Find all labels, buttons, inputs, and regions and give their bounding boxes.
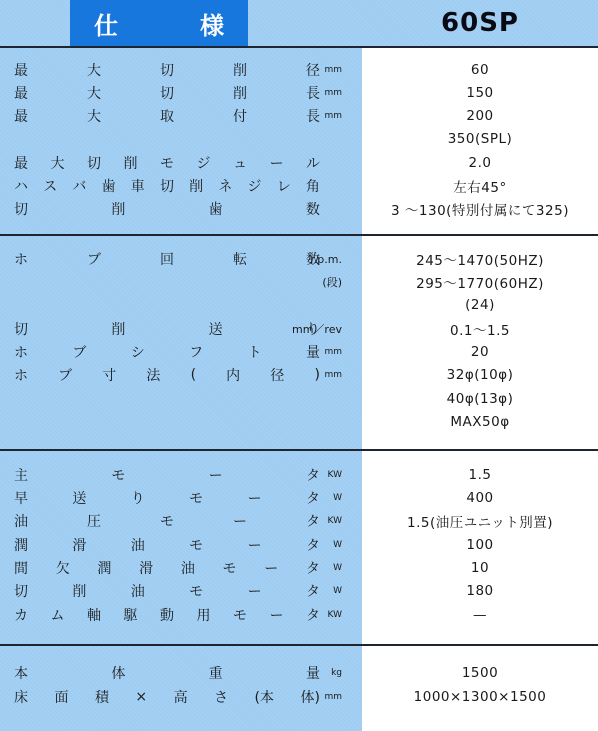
spec-label-char: ー bbox=[270, 605, 284, 625]
spec-label-char: 油 bbox=[181, 558, 195, 578]
spec-value: 2.0 bbox=[362, 152, 598, 174]
spec-label-char: 用 bbox=[197, 605, 211, 625]
spec-label: 最大切削モジュール bbox=[14, 152, 320, 174]
spec-label-char: 送 bbox=[209, 319, 223, 339]
spec-unit: mm／rev bbox=[280, 318, 342, 340]
spec-label-char: モ bbox=[189, 488, 203, 508]
spec-label-char: ー bbox=[233, 511, 247, 531]
spec-label-char: 転 bbox=[233, 249, 247, 269]
spec-label-char: モ bbox=[111, 465, 125, 485]
spec-label-char: 大 bbox=[87, 106, 101, 126]
spec-label-char: ハ bbox=[14, 176, 28, 196]
spec-label-char: タ bbox=[306, 581, 320, 601]
spec-label-char: 床 bbox=[14, 687, 28, 707]
spec-label: ホブ寸法(内径) bbox=[14, 364, 320, 386]
spec-label-char: 油 bbox=[131, 535, 145, 555]
spec-label-char: 圧 bbox=[87, 511, 101, 531]
spec-unit: W bbox=[320, 557, 342, 579]
spec-label-char: 体 bbox=[111, 663, 125, 683]
spec-unit: KW bbox=[320, 510, 342, 532]
spec-label-char: ー bbox=[248, 581, 262, 601]
spec-value: 1000×1300×1500 bbox=[362, 686, 598, 708]
spec-label-char: ー bbox=[209, 465, 223, 485]
spec-row: ハスバ歯車切削ネジレ角左右45° bbox=[0, 175, 598, 197]
spec-label: 切削油モータ bbox=[14, 580, 320, 602]
spec-unit: W bbox=[320, 487, 342, 509]
spec-label: 切削歯数 bbox=[14, 198, 320, 220]
spec-label-char: 削 bbox=[189, 176, 203, 196]
spec-label-char: 滑 bbox=[139, 558, 153, 578]
spec-label-char: 滑 bbox=[72, 535, 86, 555]
spec-label-char: ム bbox=[51, 605, 65, 625]
spec-label-char: 削 bbox=[124, 153, 138, 173]
spec-label-char: モ bbox=[160, 153, 174, 173]
spec-value: 245～1470(50HZ) bbox=[362, 248, 598, 270]
spec-table-header: 仕 様 60SP bbox=[0, 0, 598, 47]
spec-unit: (段) bbox=[300, 271, 342, 293]
spec-label-char: モ bbox=[189, 535, 203, 555]
spec-value: (24) bbox=[362, 294, 598, 316]
spec-label-char: 削 bbox=[233, 60, 247, 80]
spec-label: 本体重量 bbox=[14, 662, 320, 684]
spec-value: 200 bbox=[362, 105, 598, 127]
spec-label-char: ホ bbox=[14, 365, 28, 385]
spec-row: 早送りモータW400 bbox=[0, 487, 598, 509]
spec-value: 350(SPL) bbox=[362, 128, 598, 150]
spec-label-char: タ bbox=[306, 465, 320, 485]
spec-row: (段)295～1770(60HZ)(24) bbox=[0, 271, 598, 293]
spec-label: 切削送り bbox=[14, 318, 320, 340]
spec-label-char: 切 bbox=[160, 83, 174, 103]
spec-label-char: ジ bbox=[197, 153, 211, 173]
spec-row: カム軸駆動用モータKW— bbox=[0, 604, 598, 626]
spec-title-box: 仕 様 bbox=[70, 0, 248, 46]
spec-label-char: 大 bbox=[87, 60, 101, 80]
spec-label-char: 欠 bbox=[56, 558, 70, 578]
spec-label-char: 油 bbox=[131, 581, 145, 601]
spec-label-char: 回 bbox=[160, 249, 174, 269]
spec-row: 最大切削長mm150 bbox=[0, 82, 598, 104]
spec-label-char: 積 bbox=[95, 687, 109, 707]
spec-title-char-1: 仕 bbox=[94, 6, 118, 41]
spec-label-char: 歯 bbox=[102, 176, 116, 196]
spec-label-char: 削 bbox=[111, 199, 125, 219]
spec-label-char: モ bbox=[189, 581, 203, 601]
spec-value: 295～1770(60HZ) bbox=[362, 271, 598, 293]
spec-label-char: 切 bbox=[14, 199, 28, 219]
spec-label-char: ト bbox=[248, 342, 262, 362]
spec-row: 間欠潤滑油モータW10 bbox=[0, 557, 598, 579]
spec-value: 32φ(10φ) bbox=[362, 364, 598, 386]
spec-value: 40φ(13φ) bbox=[362, 388, 598, 410]
spec-label-char: 早 bbox=[14, 488, 28, 508]
spec-label-char: 取 bbox=[160, 106, 174, 126]
spec-value: 1.5(油圧ユニット別置) bbox=[362, 510, 598, 532]
spec-label-char: 動 bbox=[160, 605, 174, 625]
spec-label-char: ブ bbox=[72, 342, 86, 362]
spec-row: 切削送りmm／rev0.1～1.5 bbox=[0, 318, 598, 340]
spec-label: カム軸駆動用モータ bbox=[14, 604, 320, 626]
spec-label-char: モ bbox=[223, 558, 237, 578]
spec-label: ハスバ歯車切削ネジレ角 bbox=[14, 175, 320, 197]
spec-unit: KW bbox=[320, 464, 342, 486]
spec-value: 100 bbox=[362, 534, 598, 556]
spec-label-char: タ bbox=[306, 511, 320, 531]
spec-label: 最大切削長 bbox=[14, 82, 320, 104]
spec-label-char: (本 bbox=[255, 687, 274, 707]
spec-row: 床面積×高さ(本体)mm1000×1300×1500 bbox=[0, 686, 598, 708]
spec-label-char: 径 bbox=[270, 365, 284, 385]
spec-label-char: ー bbox=[264, 558, 278, 578]
spec-row: 本体重量kg1500 bbox=[0, 662, 598, 684]
spec-label-char: り bbox=[131, 488, 145, 508]
spec-row: ホブ寸法(内径)mm32φ(10φ)40φ(13φ)MAX50φ bbox=[0, 364, 598, 386]
spec-row: 油圧モータKW1.5(油圧ユニット別置) bbox=[0, 510, 598, 532]
spec-label-char: 面 bbox=[54, 687, 68, 707]
spec-label: 主モータ bbox=[14, 464, 320, 486]
spec-value: 3 ～130(特別付属にて325) bbox=[362, 198, 598, 220]
spec-row: 主モータKW1.5 bbox=[0, 464, 598, 486]
spec-label-char: 大 bbox=[87, 83, 101, 103]
spec-label-char: さ bbox=[214, 687, 228, 707]
spec-label-char: 切 bbox=[160, 60, 174, 80]
spec-label-char: 寸 bbox=[102, 365, 116, 385]
spec-label-char: 主 bbox=[14, 465, 28, 485]
spec-label-char: タ bbox=[306, 558, 320, 578]
spec-value: 400 bbox=[362, 487, 598, 509]
spec-label-char: 潤 bbox=[14, 535, 28, 555]
spec-value: 1500 bbox=[362, 662, 598, 684]
spec-value: 1.5 bbox=[362, 464, 598, 486]
spec-unit: W bbox=[320, 534, 342, 556]
spec-label-char: ジ bbox=[248, 176, 262, 196]
spec-label-char: 最 bbox=[14, 60, 28, 80]
spec-row: 最大切削モジュール2.0 bbox=[0, 152, 598, 174]
spec-label-char: タ bbox=[306, 605, 320, 625]
spec-label: 床面積×高さ(本体) bbox=[14, 686, 320, 708]
spec-unit: mm bbox=[320, 364, 342, 386]
spec-row: 最大切削径mm60 bbox=[0, 59, 598, 81]
spec-label: 潤滑油モータ bbox=[14, 534, 320, 556]
spec-label-char: モ bbox=[160, 511, 174, 531]
spec-label-char: 切 bbox=[160, 176, 174, 196]
spec-label-char: 軸 bbox=[87, 605, 101, 625]
spec-unit: mm bbox=[320, 341, 342, 363]
spec-value: 150 bbox=[362, 82, 598, 104]
spec-label-char: 体) bbox=[300, 687, 319, 707]
spec-unit: KW bbox=[320, 604, 342, 626]
spec-label-char: 間 bbox=[14, 558, 28, 578]
spec-label-char: カ bbox=[14, 605, 28, 625]
spec-label-char: ー bbox=[248, 488, 262, 508]
spec-label-char: 最 bbox=[14, 153, 28, 173]
spec-label-char: 削 bbox=[72, 581, 86, 601]
spec-unit: mm bbox=[320, 59, 342, 81]
spec-label-char: 内 bbox=[226, 365, 240, 385]
spec-label-char: 数 bbox=[306, 199, 320, 219]
spec-label-char: 本 bbox=[14, 663, 28, 683]
spec-label-char: 削 bbox=[111, 319, 125, 339]
spec-unit: mm bbox=[320, 105, 342, 127]
spec-label-char: 角 bbox=[306, 176, 320, 196]
spec-label-char: ス bbox=[43, 176, 57, 196]
spec-label-char: ( bbox=[191, 367, 196, 383]
spec-label-char: 歯 bbox=[209, 199, 223, 219]
spec-value: 60 bbox=[362, 59, 598, 81]
spec-label-char: 量 bbox=[306, 663, 320, 683]
spec-label-char: ブ bbox=[87, 249, 101, 269]
spec-value: 180 bbox=[362, 580, 598, 602]
spec-label-char: 重 bbox=[209, 663, 223, 683]
spec-row: 切削油モータW180 bbox=[0, 580, 598, 602]
spec-label-char: 付 bbox=[233, 106, 247, 126]
spec-unit: mm bbox=[320, 82, 342, 104]
spec-label-char: 送 bbox=[72, 488, 86, 508]
spec-label-char: 切 bbox=[14, 581, 28, 601]
spec-value: 0.1～1.5 bbox=[362, 318, 598, 340]
spec-row: ホブ回転数r.p.m.245～1470(50HZ) bbox=[0, 248, 598, 270]
spec-unit: W bbox=[320, 580, 342, 602]
spec-row: 潤滑油モータW100 bbox=[0, 534, 598, 556]
section-divider-2 bbox=[0, 449, 598, 451]
spec-label-char: 駆 bbox=[124, 605, 138, 625]
spec-label-char: 長 bbox=[306, 106, 320, 126]
spec-label-char: ル bbox=[306, 153, 320, 173]
spec-title-char-2: 様 bbox=[200, 6, 224, 41]
model-name: 60SP bbox=[362, 0, 598, 46]
spec-label-char: 最 bbox=[14, 106, 28, 126]
spec-label: ホブシフト量 bbox=[14, 341, 320, 363]
spec-label-char: ュ bbox=[233, 153, 247, 173]
spec-unit: mm bbox=[320, 686, 342, 708]
spec-label-char: シ bbox=[131, 342, 145, 362]
header-divider bbox=[0, 46, 598, 48]
spec-label-char: 最 bbox=[14, 83, 28, 103]
spec-label-char: 径 bbox=[306, 60, 320, 80]
spec-label-char: タ bbox=[306, 488, 320, 508]
spec-label: 早送りモータ bbox=[14, 487, 320, 509]
spec-label-char: 切 bbox=[14, 319, 28, 339]
spec-label-char: ホ bbox=[14, 342, 28, 362]
spec-row: 最大取付長mm200350(SPL) bbox=[0, 105, 598, 127]
spec-value: MAX50φ bbox=[362, 411, 598, 433]
spec-label-char: 法 bbox=[146, 365, 160, 385]
spec-unit: kg bbox=[320, 662, 342, 684]
spec-unit: r.p.m. bbox=[280, 248, 342, 270]
section-divider-3 bbox=[0, 644, 598, 646]
section-divider-1 bbox=[0, 234, 598, 236]
spec-label-char: ネ bbox=[218, 176, 232, 196]
spec-label-char: ー bbox=[248, 535, 262, 555]
spec-label: 最大取付長 bbox=[14, 105, 320, 127]
spec-label-char: モ bbox=[233, 605, 247, 625]
spec-label bbox=[14, 271, 320, 293]
spec-label-char: タ bbox=[306, 535, 320, 555]
spec-label-char: 長 bbox=[306, 83, 320, 103]
spec-label-char: 車 bbox=[131, 176, 145, 196]
spec-label-char: 削 bbox=[233, 83, 247, 103]
spec-label-char: ホ bbox=[14, 249, 28, 269]
spec-value: 20 bbox=[362, 341, 598, 363]
spec-label-char: 高 bbox=[174, 687, 188, 707]
spec-label-char: 量 bbox=[306, 342, 320, 362]
spec-label-char: × bbox=[135, 689, 147, 705]
spec-value: 10 bbox=[362, 557, 598, 579]
spec-label-char: フ bbox=[189, 342, 203, 362]
spec-label-char: ー bbox=[270, 153, 284, 173]
spec-label: 最大切削径 bbox=[14, 59, 320, 81]
spec-label-char: レ bbox=[277, 176, 291, 196]
spec-value: 左右45° bbox=[362, 175, 598, 197]
spec-label: ホブ回転数 bbox=[14, 248, 320, 270]
spec-label: 油圧モータ bbox=[14, 510, 320, 532]
spec-label-char: 潤 bbox=[97, 558, 111, 578]
spec-label: 間欠潤滑油モータ bbox=[14, 557, 320, 579]
spec-label-char: ブ bbox=[58, 365, 72, 385]
spec-label-char: 大 bbox=[51, 153, 65, 173]
spec-row: 切削歯数3 ～130(特別付属にて325) bbox=[0, 198, 598, 220]
spec-label-char: バ bbox=[72, 176, 86, 196]
spec-label-char: 切 bbox=[87, 153, 101, 173]
spec-value: — bbox=[362, 604, 598, 626]
spec-label-char: 油 bbox=[14, 511, 28, 531]
spec-row: ホブシフト量mm20 bbox=[0, 341, 598, 363]
